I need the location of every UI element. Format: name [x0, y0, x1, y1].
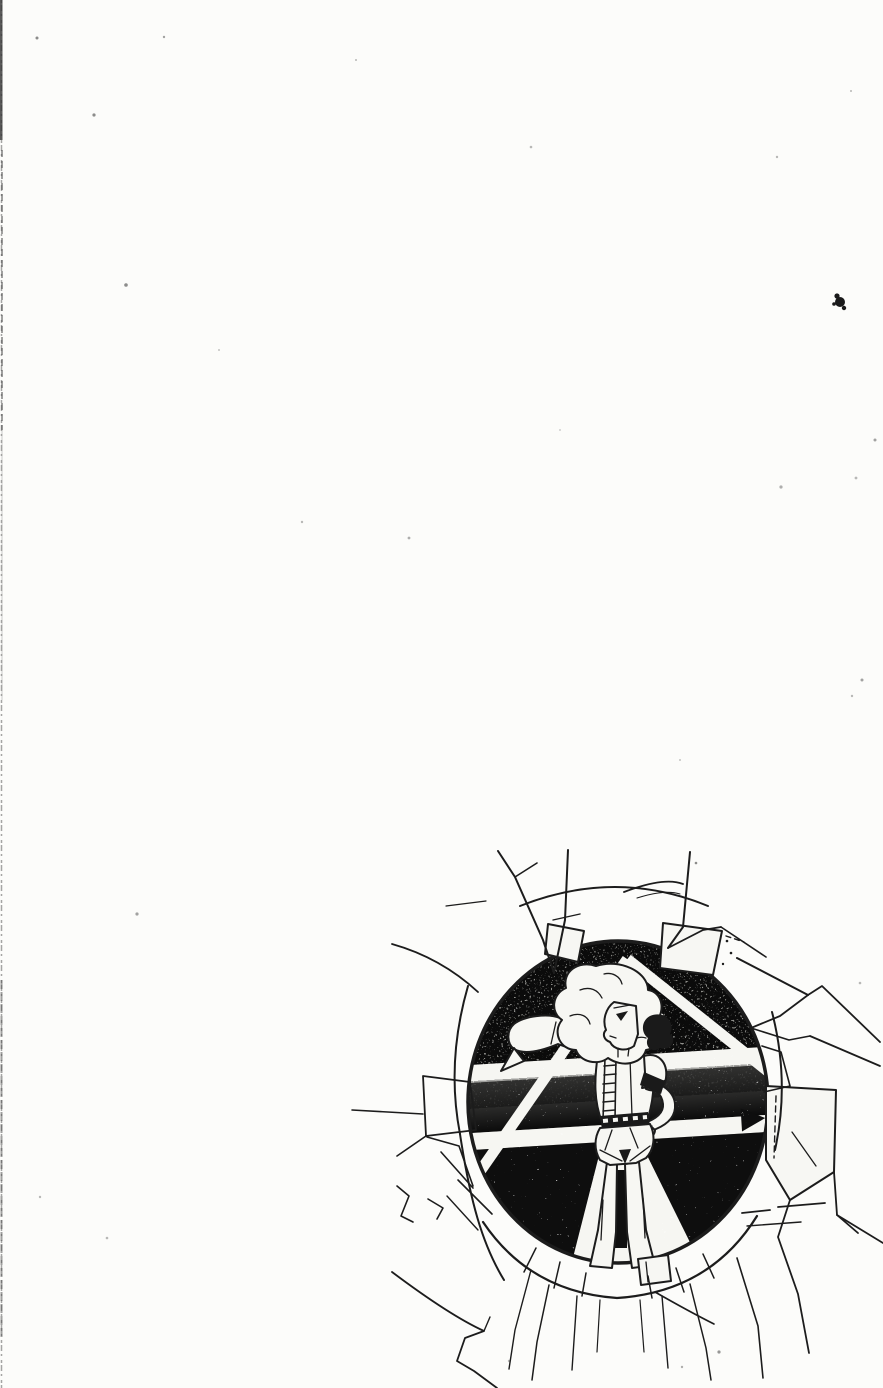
hips [596, 1124, 654, 1165]
hair-ornament [643, 1014, 673, 1050]
scanned-manga-page [0, 0, 883, 1388]
page-illustration [0, 0, 883, 1388]
binding-edge-artifact [1, 0, 2, 1388]
